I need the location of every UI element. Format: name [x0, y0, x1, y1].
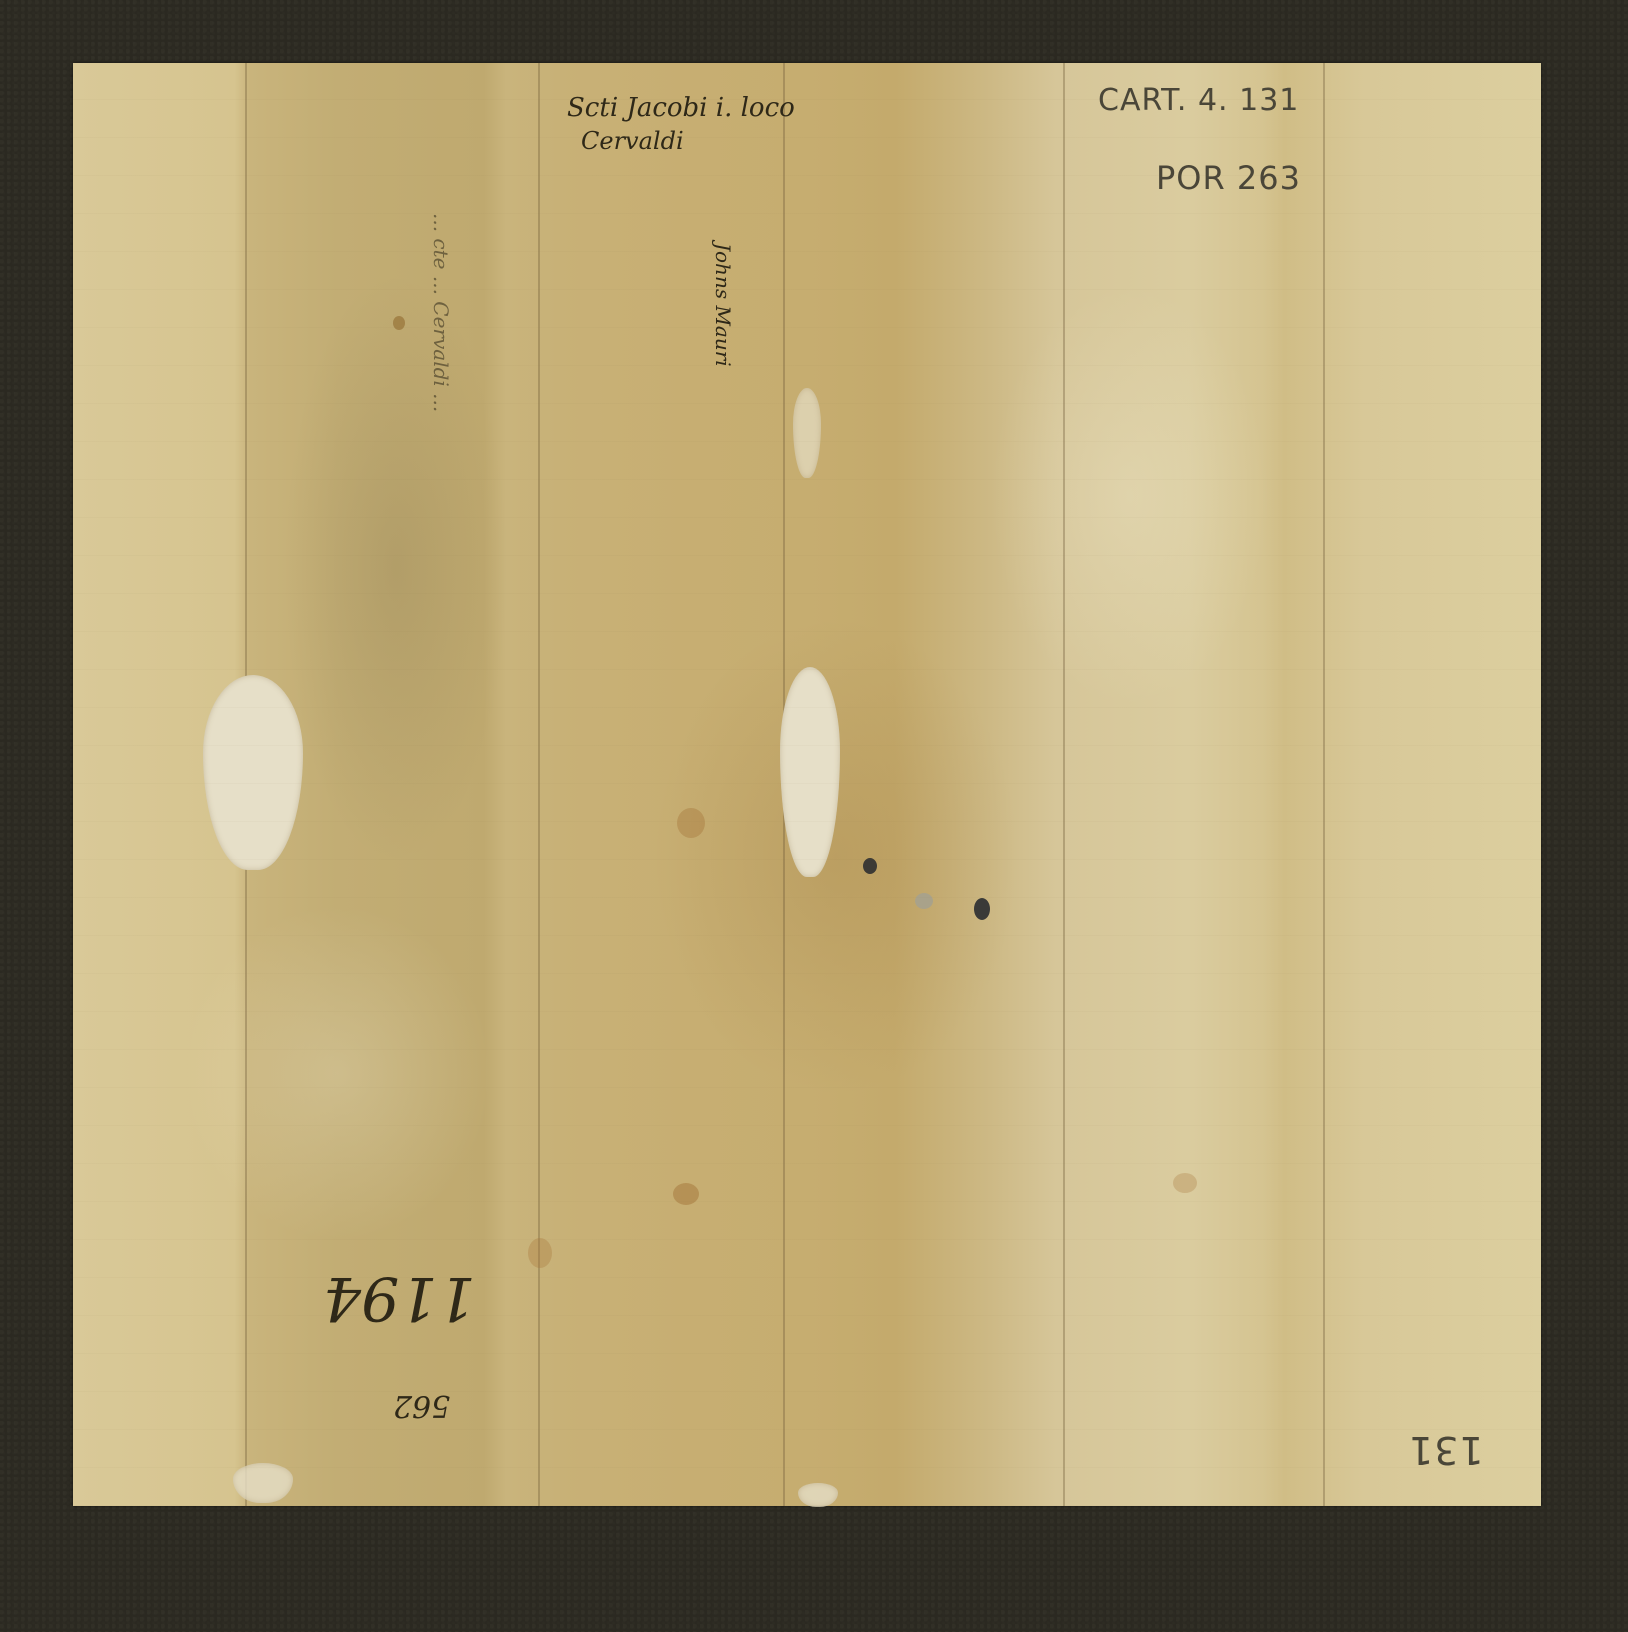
inventory-number: 1194: [323, 1263, 476, 1333]
endorsement-line1: Scti Jacobi i. loco: [567, 93, 795, 123]
archive-reference: CART. 4. 131: [1098, 83, 1299, 118]
fold-line: [1063, 63, 1065, 1506]
worn-hole: [780, 667, 840, 877]
worn-hole: [233, 1463, 293, 1503]
shelf-mark: POR 263: [1156, 159, 1301, 197]
faded-vertical-note: ... cte ... Cervaldi ...: [429, 213, 453, 412]
foxing-stain: [677, 808, 705, 838]
endorsement-line2: Cervaldi: [581, 127, 684, 155]
worn-hole: [203, 675, 303, 870]
wax-fleck: [915, 893, 933, 909]
foxing-stain: [393, 316, 405, 330]
worn-hole: [798, 1483, 838, 1507]
foxing-stain: [1173, 1173, 1197, 1193]
worn-hole: [793, 388, 821, 478]
fold-line: [245, 63, 247, 1506]
foxing-stain: [673, 1183, 699, 1205]
fold-line: [1323, 63, 1325, 1506]
secondary-number: 562: [393, 1388, 450, 1423]
parchment-sheet: Scti Jacobi i. loco Cervaldi CART. 4. 13…: [73, 63, 1541, 1506]
fold-line: [783, 63, 785, 1506]
vertical-endorsement: Johns Mauri: [711, 243, 735, 367]
ink-spot: [863, 858, 877, 874]
fold-line: [538, 63, 540, 1506]
folio-number: 131: [1408, 1428, 1484, 1472]
foxing-stain: [528, 1238, 552, 1268]
ink-spot: [974, 898, 990, 920]
